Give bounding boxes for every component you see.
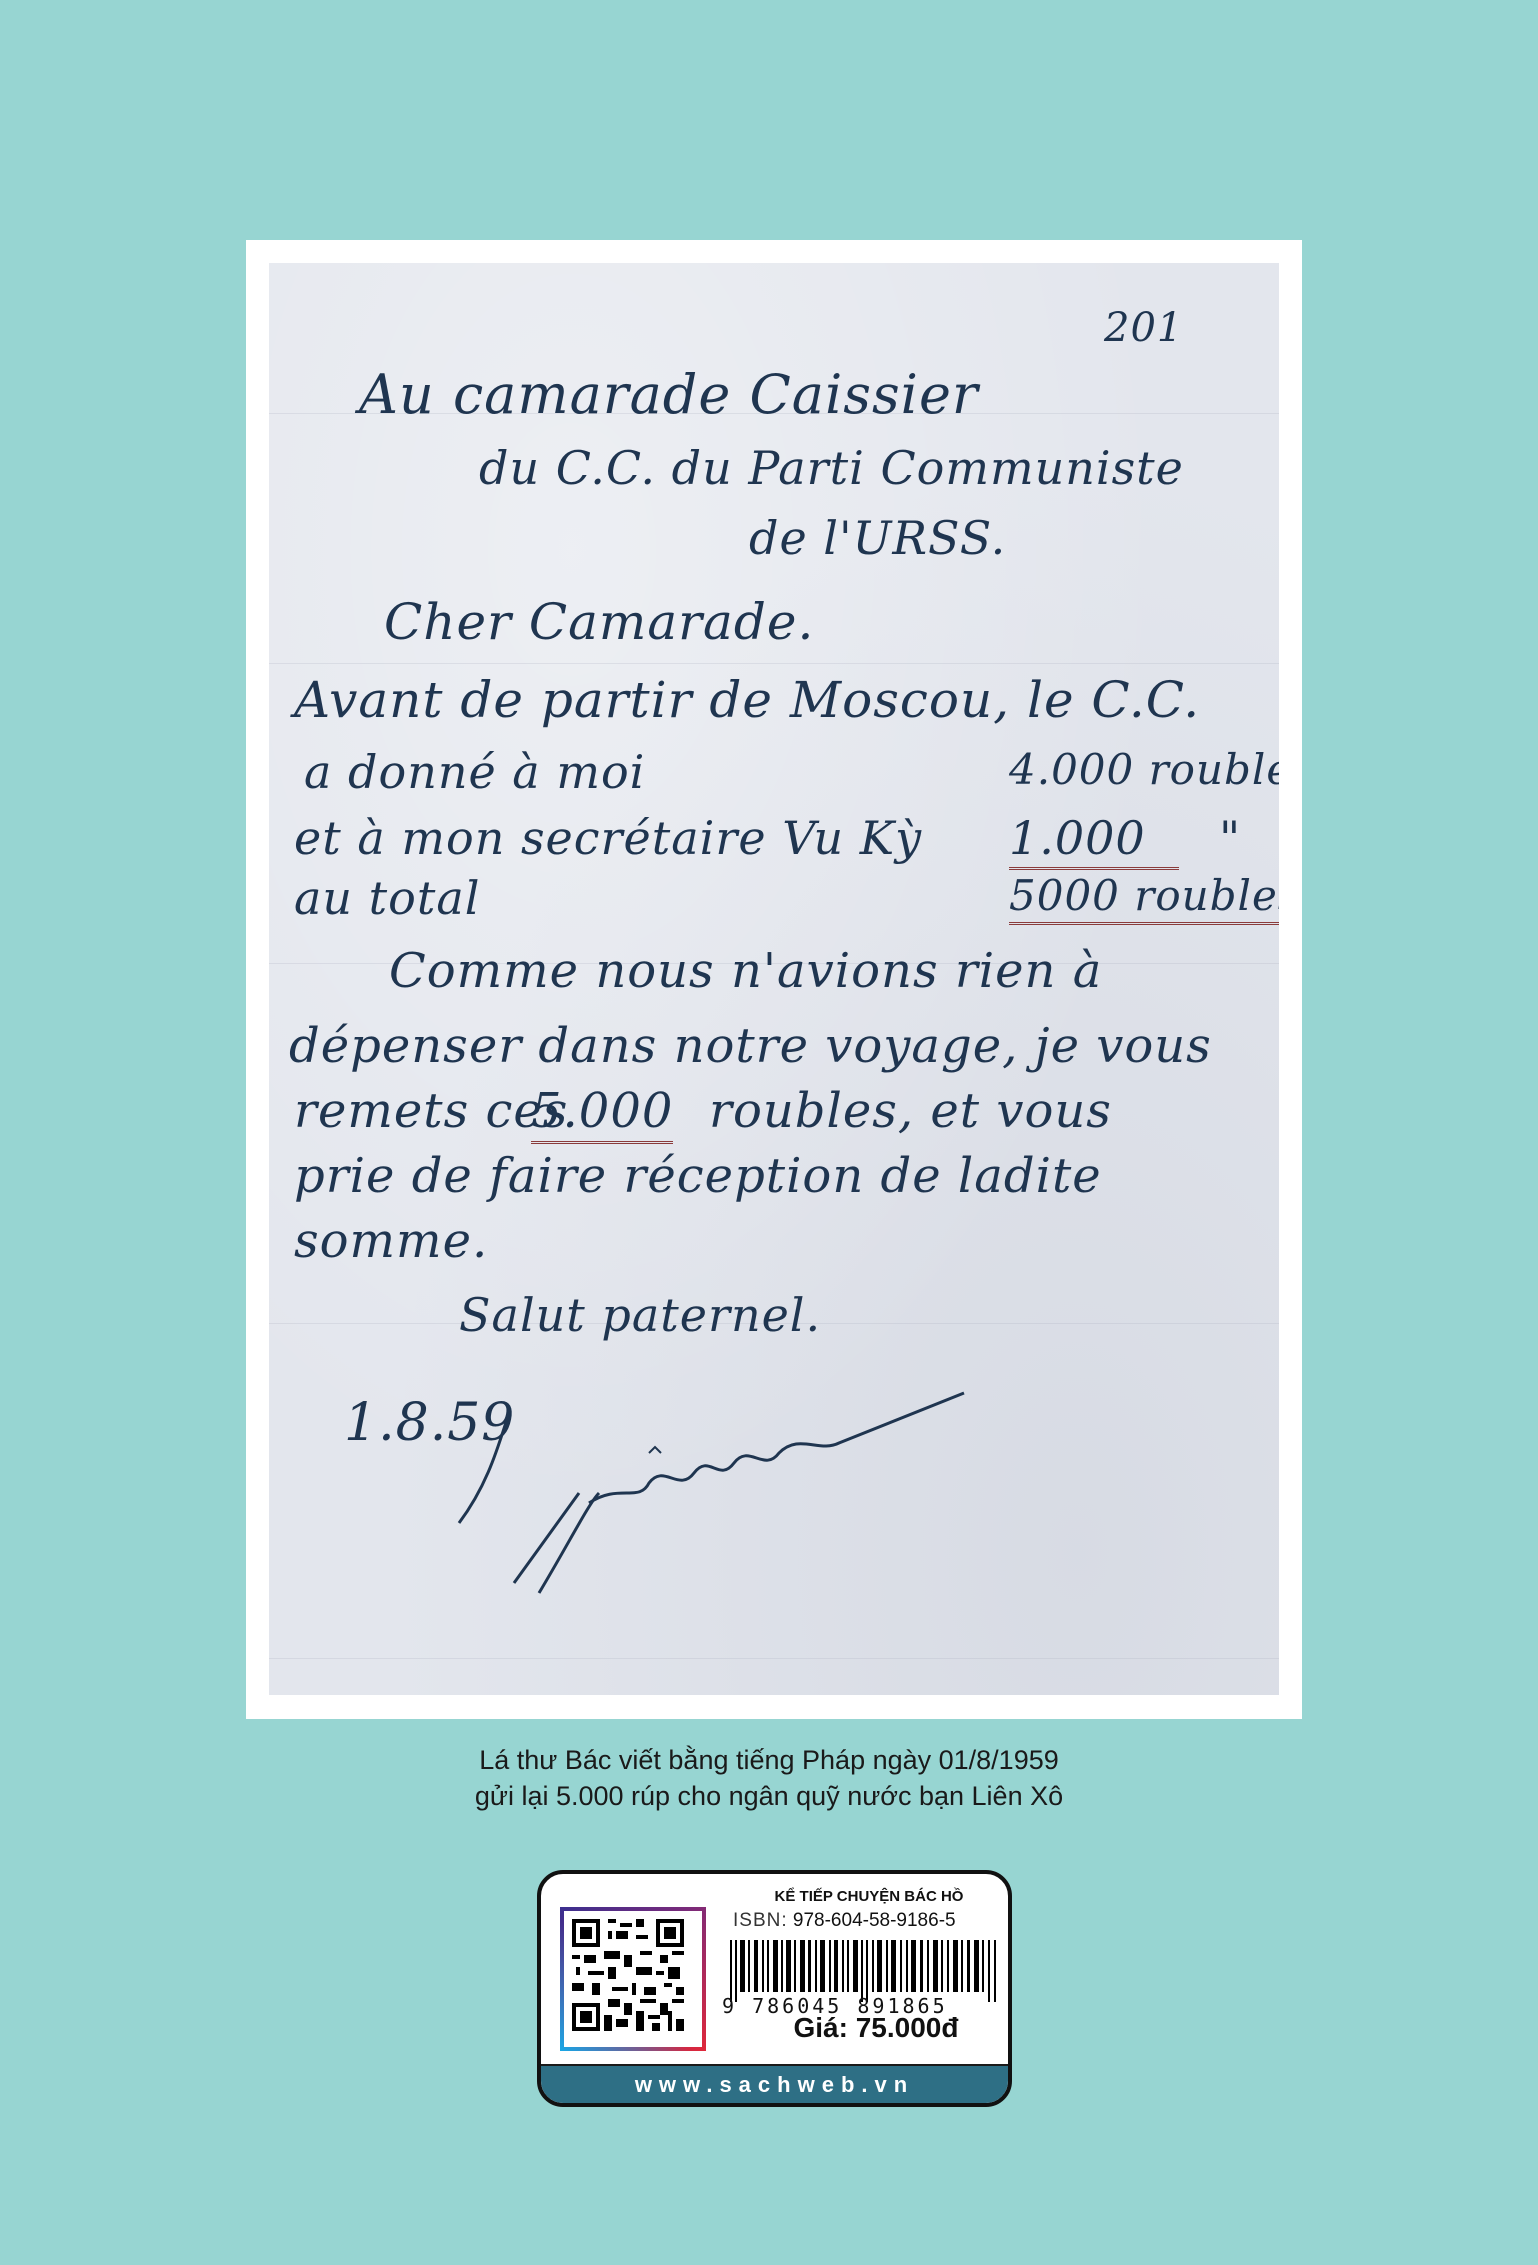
website-footer: www.sachweb.vn <box>541 2064 1008 2103</box>
isbn-value: 978-604-58-9186-5 <box>793 1910 956 1931</box>
letter-ditto: " <box>1219 811 1241 865</box>
letter-line: du C.C. du Parti Communiste <box>479 441 1184 495</box>
paper-rule <box>269 663 1279 664</box>
caption-line-1: Lá thư Bác viết bằng tiếng Pháp ngày 01/… <box>0 1742 1538 1778</box>
signature-icon <box>419 1383 979 1623</box>
isbn: ISBN: 978-604-58-9186-5 <box>733 1910 1003 1932</box>
letter-closing: Salut paternel. <box>459 1288 821 1342</box>
handwritten-letter-photo: 201 Au camarade Caissier du C.C. du Part… <box>269 263 1279 1695</box>
letter-line: de l'URSS. <box>749 511 1006 565</box>
letter-line: somme. <box>294 1213 488 1269</box>
letter-line: remets ces <box>294 1083 568 1139</box>
letter-line: Comme nous n'avions rien à <box>389 943 1102 999</box>
book-title: KỂ TIẾP CHUYỆN BÁC HỒ <box>739 1888 999 1905</box>
letter-photo-frame: 201 Au camarade Caissier du C.C. du Part… <box>246 240 1302 1719</box>
letter-line: dépenser dans notre voyage, je vous <box>289 1018 1212 1074</box>
letter-line: Au camarade Caissier <box>359 363 979 426</box>
letter-line: roubles, et vous <box>709 1083 1112 1139</box>
letter-amount: 5000 roubles. <box>1009 871 1279 925</box>
price-barcode-badge: KỂ TIẾP CHUYỆN BÁC HỒ ISBN: 978-604-58-9… <box>537 1870 1012 2107</box>
letter-line: Avant de partir de Moscou, le C.C. <box>294 671 1200 729</box>
caption-line-2: gửi lại 5.000 rúp cho ngân quỹ nước bạn … <box>0 1778 1538 1814</box>
qr-code-frame <box>560 1907 706 2051</box>
page-number: 201 <box>1104 305 1183 351</box>
letter-line: prie de faire réception de ladite <box>294 1148 1102 1204</box>
letter-amount: 1.000 <box>1009 811 1179 870</box>
letter-line: Cher Camarade. <box>384 593 814 651</box>
website-link[interactable]: www.sachweb.vn <box>541 2066 1008 2103</box>
isbn-label: ISBN: <box>733 1910 788 1931</box>
letter-line: au total <box>294 871 480 925</box>
letter-amount: 5.000 <box>531 1083 673 1144</box>
price-label: Giá: 75.000đ <box>756 2012 996 2044</box>
letter-amount: 4.000 roubles <box>1009 745 1279 794</box>
letter-line: et à mon secrétaire Vu Kỳ <box>294 811 922 865</box>
paper-rule <box>269 1658 1279 1659</box>
barcode-icon <box>730 1940 1002 2002</box>
letter-line: a donné à moi <box>304 745 645 799</box>
qr-code-icon[interactable] <box>572 1919 684 2031</box>
